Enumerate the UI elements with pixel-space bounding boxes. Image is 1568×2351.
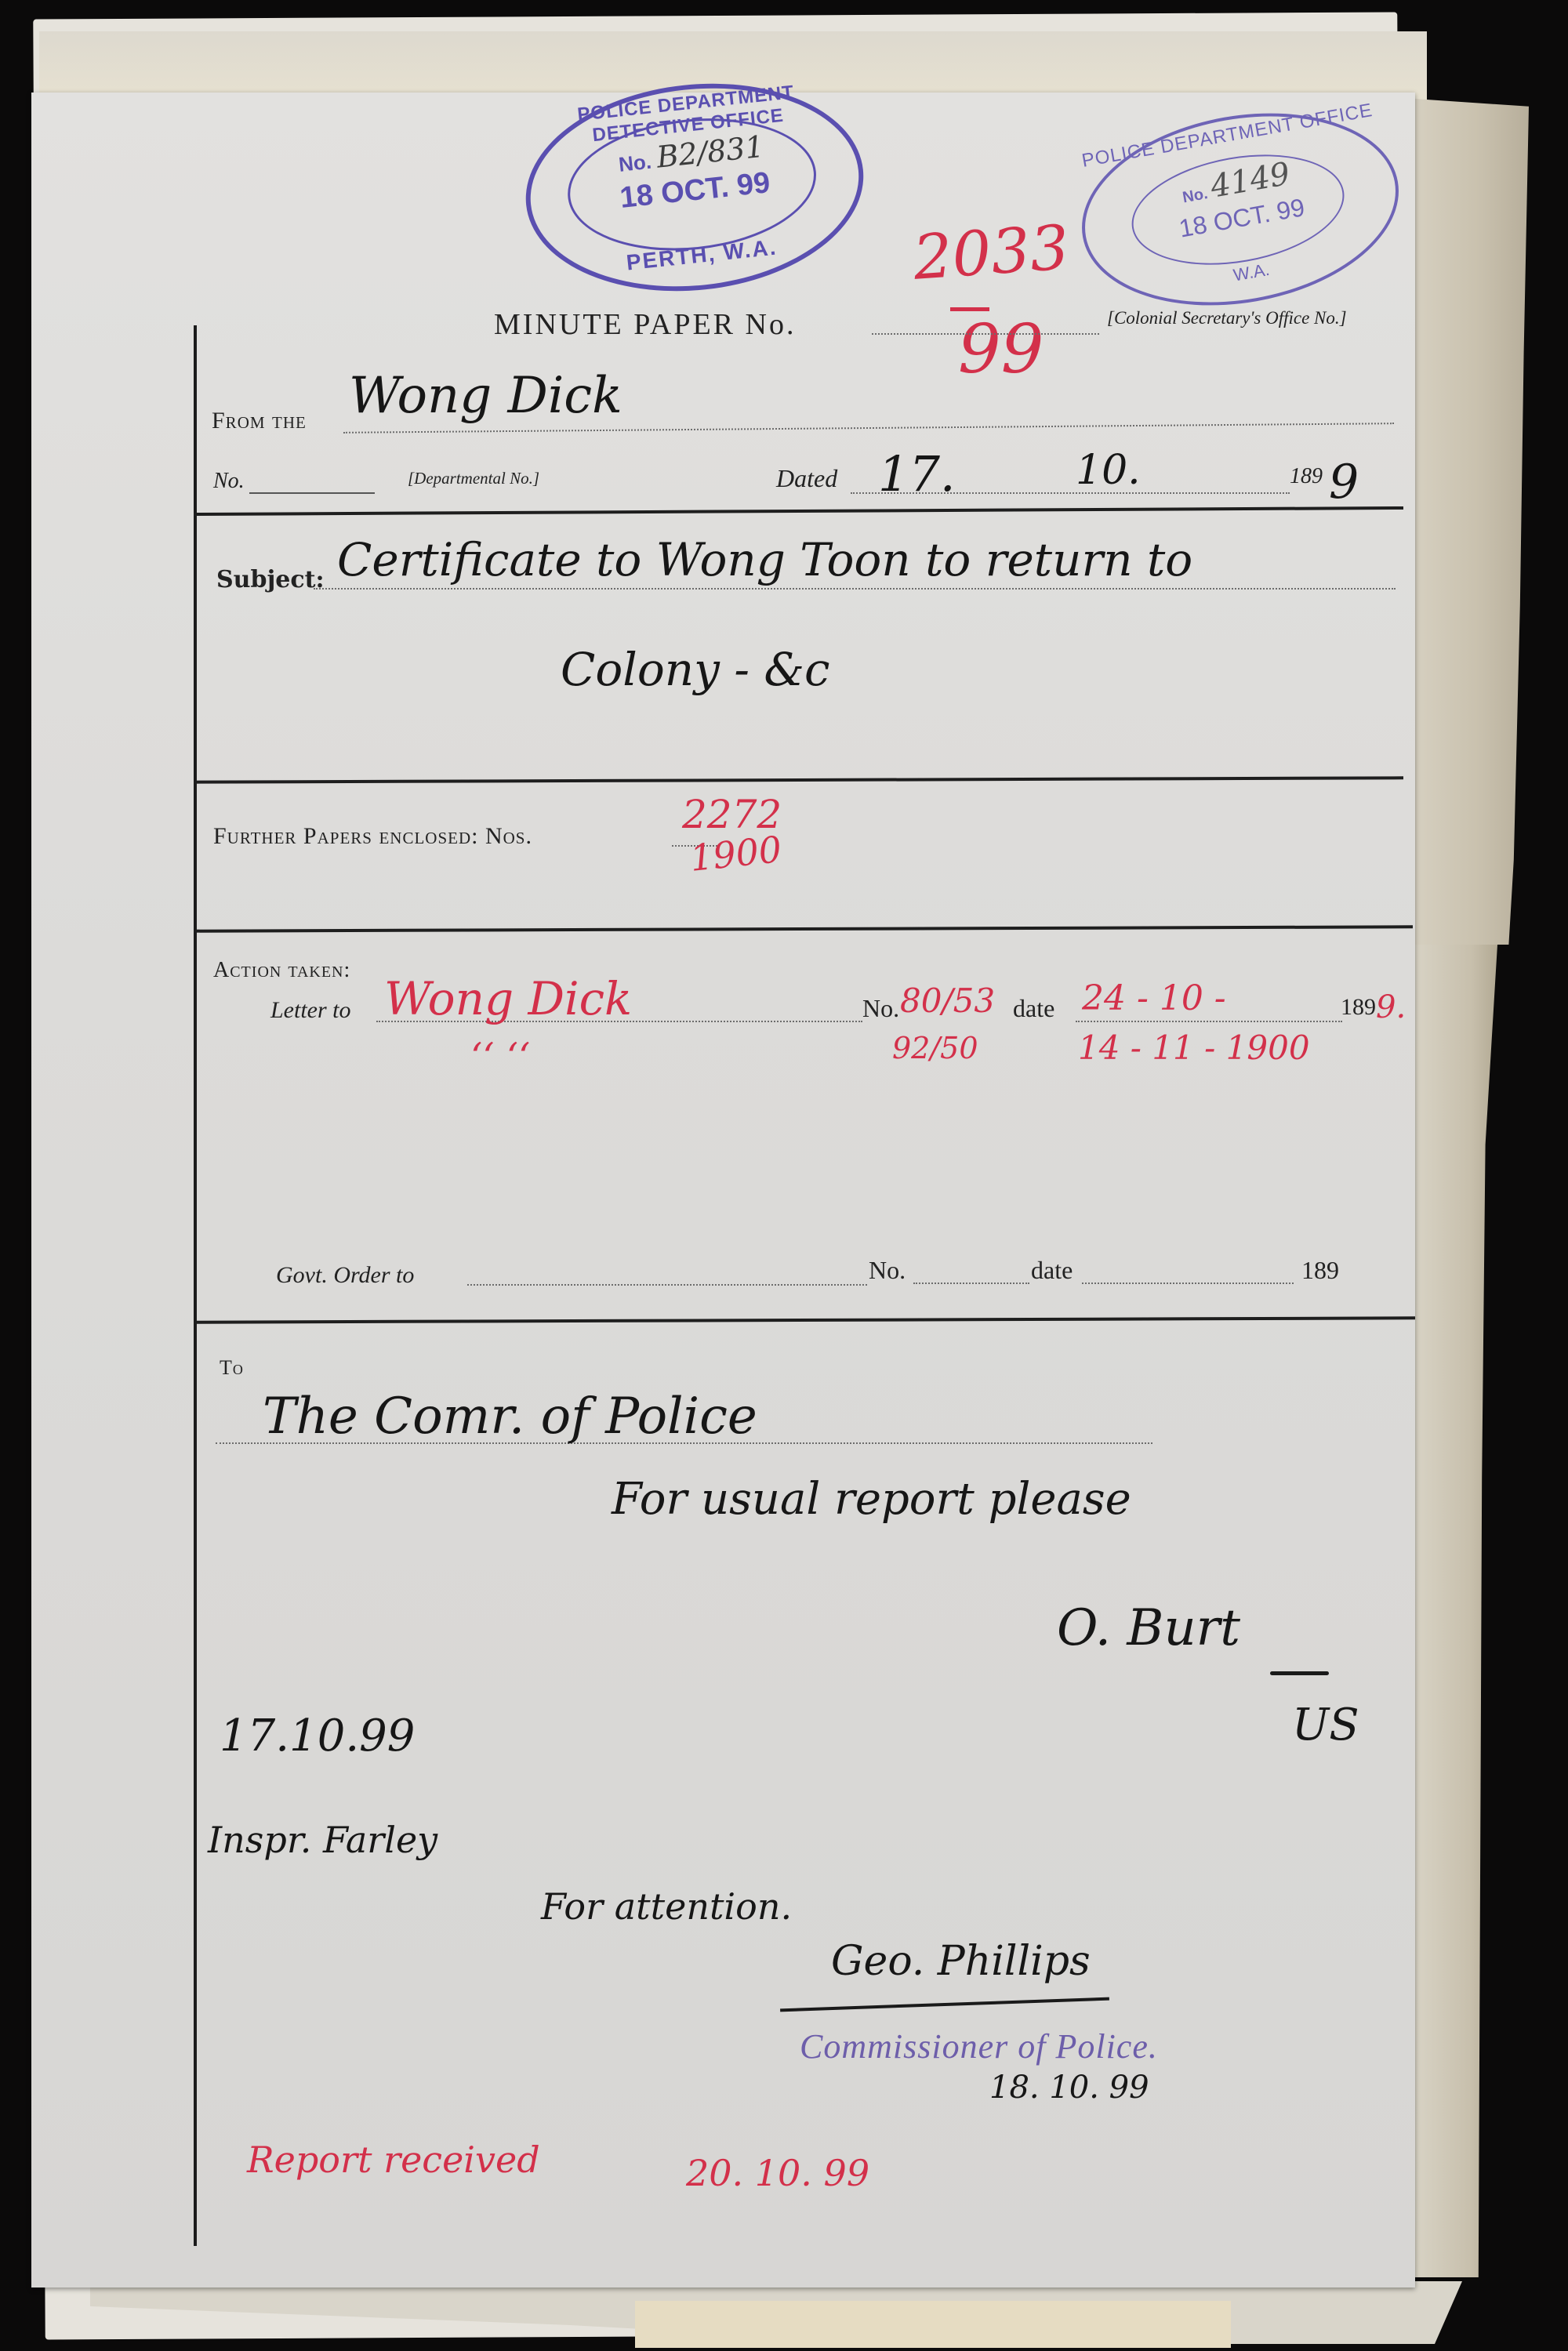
subject-line-1: Certificate to Wong Toon to return to (337, 533, 1192, 586)
second-letter-no: 92/50 (892, 1031, 978, 1065)
commissioner-signature: Geo. Phillips (831, 1938, 1091, 1985)
minute-signature: O. Burt (1057, 1599, 1240, 1657)
letter-date-label: date (1013, 994, 1054, 1023)
subject-line (314, 588, 1396, 590)
instruction-text: For attention. (541, 1885, 792, 1928)
from-no-label: No. (213, 469, 245, 494)
govt-no-label: No. (869, 1256, 906, 1285)
dated-month: 10. (1076, 447, 1141, 494)
to-note: For usual report please (612, 1474, 1131, 1525)
letter-date-line (1076, 1021, 1342, 1022)
minute-date: 17.10.99 (220, 1711, 415, 1761)
govt-date-line (1082, 1283, 1294, 1284)
departmental-no-label: [Departmental No.] (408, 469, 539, 488)
report-received-label: Report received (247, 2139, 540, 2181)
letter-no-value: 80/53 (900, 981, 995, 1020)
dated-day: 17. (878, 445, 956, 502)
right-folded-paper-lower (1411, 945, 1497, 2277)
letter-to-label: Letter to (270, 997, 351, 1024)
letter-date-value: 24 - 10 - (1082, 978, 1226, 1018)
signature-underline (1270, 1671, 1329, 1675)
letter-no-label: No. (862, 994, 899, 1023)
letter-year-prefix: 189 (1341, 994, 1376, 1021)
bottom-enclosure-slip (635, 2301, 1231, 2348)
letter-year-suffix: 9. (1376, 989, 1406, 1025)
from-label: From the (212, 408, 307, 434)
to-recipient: The Comr. of Police (263, 1388, 757, 1446)
govt-date-label: date (1031, 1256, 1073, 1285)
govt-no-line (913, 1283, 1029, 1284)
from-no-line (249, 492, 375, 494)
left-margin-rule (194, 325, 197, 2246)
signature-suffix: US (1292, 1700, 1359, 1751)
dated-year-prefix: 189 (1290, 464, 1323, 489)
subject-line-2: Colony - &c (561, 643, 829, 696)
further-papers-label: Further Papers enclosed: Nos. (213, 823, 532, 850)
minute-number-numerator: 2033 (911, 212, 1071, 294)
report-received-date: 20. 10. 99 (686, 2152, 869, 2194)
dated-label: Dated (776, 464, 837, 493)
govt-order-label: Govt. Order to (276, 1262, 414, 1289)
ditto-marks: ‘‘ ‘‘ (470, 1035, 530, 1079)
govt-year-prefix: 189 (1301, 1256, 1339, 1285)
page-title: MINUTE PAPER No. (494, 307, 796, 342)
inspector-name: Inspr. Farley (208, 1819, 437, 1861)
second-letter-date: 14 - 11 - 1900 (1078, 1029, 1310, 1067)
commissioner-of-police-stamp: Commissioner of Police. (800, 2026, 1158, 2066)
minute-number-denominator: 99 (958, 310, 1044, 389)
govt-order-line (467, 1284, 867, 1286)
minute-no-line (872, 333, 1099, 335)
action-taken-label: Action taken: (213, 958, 350, 983)
dated-year-suffix: 9 (1329, 455, 1359, 510)
letter-to-value: Wong Dick (384, 972, 632, 1025)
to-label: To (220, 1356, 244, 1380)
right-folded-paper-upper (1403, 98, 1529, 945)
from-value: Wong Dick (349, 367, 622, 425)
commissioner-date: 18. 10. 99 (989, 2070, 1149, 2106)
subject-label: Subject: (216, 566, 325, 593)
colonial-secretary-office-label: [Colonial Secretary's Office No.] (1107, 308, 1347, 328)
